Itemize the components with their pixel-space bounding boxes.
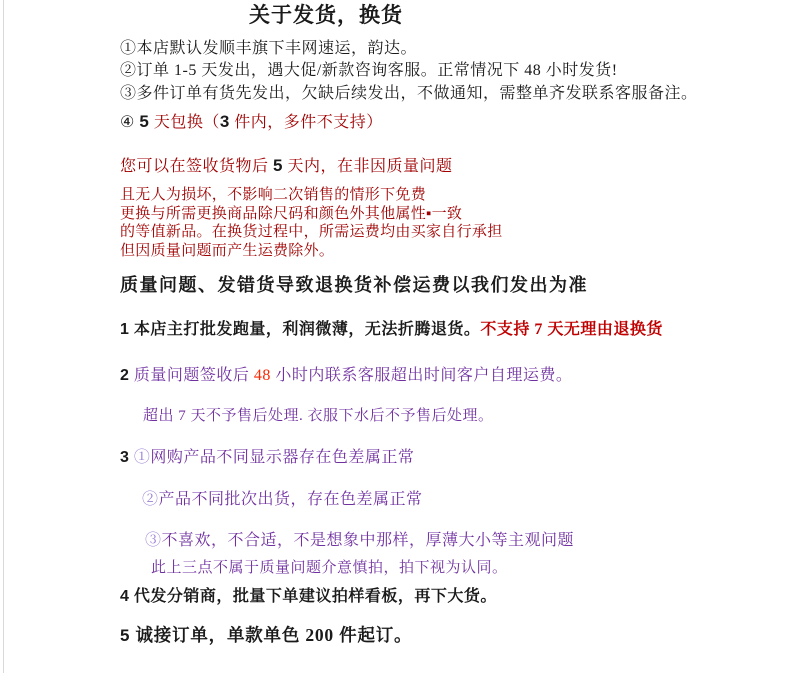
exchange-terms-line-2: 更换与所需更换商品除尺码和颜色外其他属性▪一致 (120, 205, 503, 224)
circled-1-mark: ① (134, 449, 151, 466)
shipping-note-2: ②订单 1-5 天发出，遇大促/新款咨询客服。正常情况下 48 小时发货! (120, 61, 618, 80)
exchange-terms-line-3: 的等值新品。在换货过程中，所需运费均由买家自行承担 (120, 223, 503, 242)
exchange-terms-line-1: 且无人为损坏，不影响二次销售的情形下免费 (120, 186, 503, 205)
rule-4-number: 4 (120, 588, 129, 605)
receipt-window-line: 您可以在签收货物后 5 天内，在非因质量问题 (120, 156, 453, 176)
rule-2-number: 2 (120, 367, 129, 384)
receipt-window-post: 天内，在非因质量问题 (283, 158, 453, 175)
rule-5-text: 诚接订单，单款单色 200 件起订。 (135, 625, 412, 645)
page-left-border (3, 0, 4, 673)
exchange-terms-paragraph: 且无人为损坏，不影响二次销售的情形下免费 更换与所需更换商品除尺码和颜色外其他属… (120, 186, 503, 260)
exchange-window-suffix: 件内，多件不支持） (230, 114, 383, 131)
rule-1-text: 本店主打批发跑量，利润微薄，无法折腾退货。 (134, 321, 481, 338)
rule-1-line: 1 本店主打批发跑量，利润微薄，无法折腾退货。不支持 7 天无理由退换货 (120, 320, 663, 339)
exchange-window-text: 天包换（ (149, 114, 220, 131)
circled-2-mark: ② (142, 491, 159, 508)
rule-3-item-1-text: 网购产品不同显示器存在色差属正常 (150, 449, 414, 466)
exchange-window-line: ④ 5 天包换（3 件内，多件不支持） (120, 112, 383, 132)
rule-3-item-1: 3 ①网购产品不同显示器存在色差属正常 (120, 448, 414, 467)
exchange-terms-line-4: 但因质量问题而产生运费除外。 (120, 242, 503, 261)
rule-1-number: 1 (120, 321, 129, 338)
circled-3-mark: ③ (145, 532, 162, 549)
freight-heading: 质量问题、发错货导致退换货补偿运费以我们发出为准 (120, 276, 588, 295)
rule-5-line: 5 诚接订单，单款单色 200 件起订。 (120, 626, 412, 645)
rule-4-line: 4 代发分销商，批量下单建议拍样看板，再下大货。 (120, 587, 497, 606)
receipt-window-pre: 您可以在签收货物后 (120, 158, 273, 175)
rule-5-number: 5 (120, 626, 130, 645)
exchange-days-number: 5 (139, 112, 149, 131)
rule-3-note: 此上三点不属于质量问题介意慎拍，拍下视为认同。 (151, 559, 508, 578)
rule-3-item-3-text: 不喜欢，不合适，不是想象中那样，厚薄大小等主观问题 (162, 532, 575, 549)
exchange-count-number: 3 (220, 112, 230, 131)
shipping-note-3: ③多件订单有货先发出，欠缺后续发出，不做通知，需整单齐发联系客服备注。 (120, 84, 698, 103)
rule-2-sub-line: 超出 7 天不予售后处理. 衣服下水后不予售后处理。 (143, 407, 494, 426)
rule-3-item-3: ③不喜欢，不合适，不是想象中那样，厚薄大小等主观问题 (145, 531, 574, 550)
rule-2-line: 2 质量问题签收后 48 小时内联系客服超出时间客户自理运费。 (120, 366, 572, 385)
rule-2-post: 小时内联系客服超出时间客户自理运费。 (271, 367, 573, 384)
shipping-note-1: ①本店默认发顺丰旗下丰网速运，韵达。 (120, 39, 417, 58)
rule-1-no-return-text: 不支持 7 天无理由退换货 (480, 321, 663, 338)
rule-4-text: 代发分销商，批量下单建议拍样看板，再下大货。 (134, 588, 497, 605)
rule-3-number: 3 (120, 449, 129, 466)
rule-3-item-2: ②产品不同批次出货，存在色差属正常 (142, 490, 423, 509)
receipt-days-number: 5 (273, 156, 283, 175)
rule-2-hours: 48 (254, 367, 271, 384)
circled-4-mark: ④ (120, 114, 139, 131)
rule-3-item-2-text: 产品不同批次出货，存在色差属正常 (159, 491, 423, 508)
rule-2-pre: 质量问题签收后 (134, 367, 254, 384)
page-title: 关于发货，换货 (120, 6, 532, 25)
